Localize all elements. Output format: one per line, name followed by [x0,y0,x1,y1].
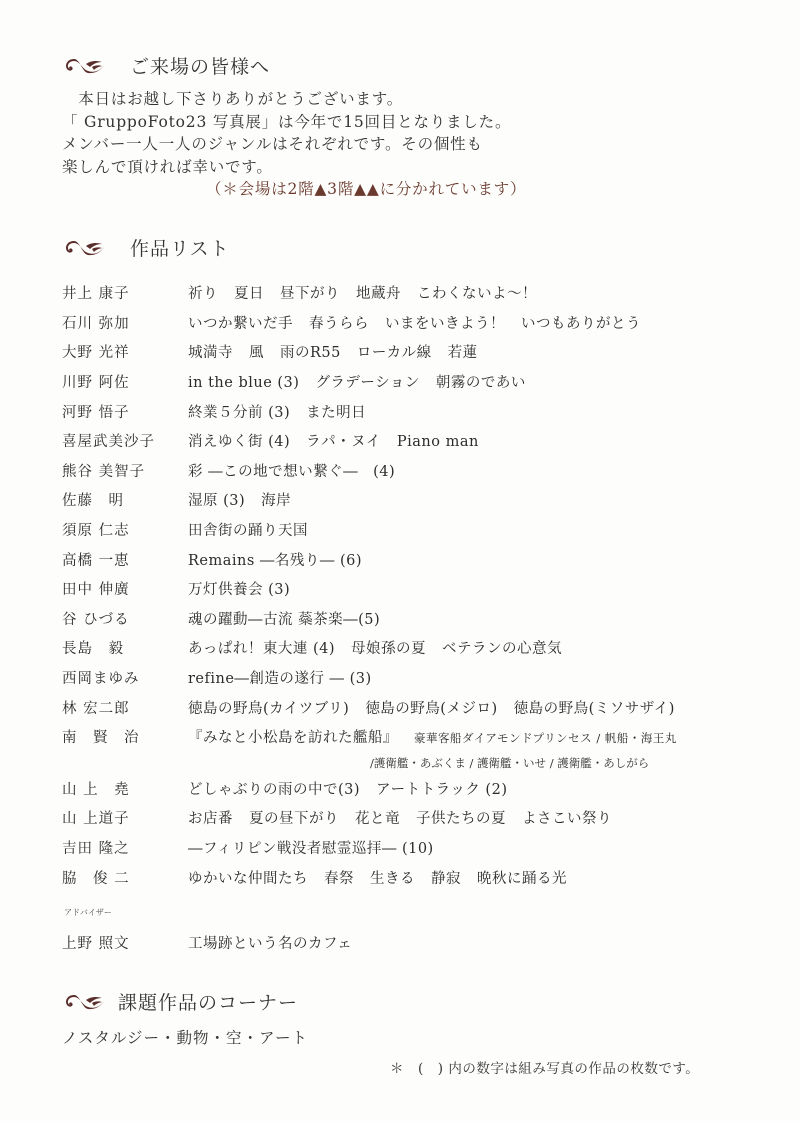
member-works-continuation: /護衛艦・あぶくま / 護衛艦・いせ / 護衛艦・あしがら [62,752,782,774]
member-name: 石川 弥加 [62,312,188,333]
member-works: 『みなと小松島を訪れた艦船』豪華客船ダイアモンドプリンセス / 帆船・海王丸 [188,726,693,747]
member-row: 長島 毅あっぱれ！東大連 (4)母娘孫の夏ベテランの心意気 [62,633,782,663]
work-title: よさこい祭り [522,811,612,827]
member-works: ゆかいな仲間たち春祭生きる静寂晩秋に踊る光 [188,867,583,888]
work-title: こわくないよ〜！ [417,286,537,302]
work-title: 徳島の野鳥(メジロ) [365,701,497,717]
member-row: 上野 照文 工場跡という名のカフェ [62,928,782,958]
theme-corner-title: 課題作品のコーナー [118,988,298,1015]
work-title: 海岸 [261,493,291,509]
member-works: 湿原 (3)海岸 [188,489,307,510]
work-title: 万灯供養会 (3) [188,582,290,598]
member-name: 林 宏二郎 [62,697,188,718]
work-title: グラデーション [315,375,419,391]
work-title: 朝霧のであい [436,375,526,391]
work-title: どしゃぶりの雨の中で(3) [188,782,360,798]
member-row: 谷 ひづる魂の躍動―古流 蘂茶楽―(5) [62,604,782,634]
work-title: 夏日 [234,286,264,302]
work-title: 『みなと小松島を訪れた艦船』 [188,730,398,746]
work-title: 母娘孫の夏 [351,641,426,657]
member-name: 佐藤 明 [62,489,188,510]
member-row: 喜屋武美沙子消えゆく街 (4)ラパ・ヌイPiano man [62,426,782,456]
member-works: 徳島の野鳥(カイツブリ)徳島の野鳥(メジロ)徳島の野鳥(ミソサザイ) [188,697,691,718]
member-works: いつか繋いだ手春うららいまをいきよう！いつもありがとう [188,312,657,333]
works-list-heading: 作品リスト [62,234,230,261]
work-title: アートトラック (2) [376,782,507,798]
work-title: いつか繋いだ手 [188,316,293,332]
member-row: 河野 悟子終業５分前 (3)また明日 [62,396,782,426]
work-title: ―フィリピン戦没者慰霊巡拝― (10) [188,841,434,857]
ornament-swirl-icon [62,237,106,259]
welcome-heading: ご来場の皆様へ [62,52,270,79]
member-row: 吉田 隆之―フィリピン戦没者慰霊巡拝― (10) [62,833,782,863]
theme-corner-heading: 課題作品のコーナー [62,988,298,1015]
member-works: 終業５分前 (3)また明日 [188,401,382,422]
member-name: 河野 悟子 [62,401,188,422]
work-title: 雨のR55 [280,345,341,361]
theme-list: ノスタルジー・動物・空・アート [62,1026,308,1048]
member-works: 魂の躍動―古流 蘂茶楽―(5) [188,608,396,629]
welcome-line: メンバー一人一人のジャンルはそれぞれです。その個性も [62,133,526,156]
work-title: 夏の昼下がり [249,811,339,827]
member-row: 石川 弥加いつか繋いだ手春うららいまをいきよう！いつもありがとう [62,308,782,338]
member-row: 脇 俊 二ゆかいな仲間たち春祭生きる静寂晩秋に踊る光 [62,862,782,892]
work-title: 花と竜 [355,811,400,827]
member-name: 谷 ひづる [62,608,188,629]
work-title: ゆかいな仲間たち [188,871,308,887]
member-works: 万灯供養会 (3) [188,578,306,599]
work-title: いまをいきよう！ [385,316,505,332]
advisor-label: アドバイザー [64,907,112,918]
member-row: 林 宏二郎徳島の野鳥(カイツブリ)徳島の野鳥(メジロ)徳島の野鳥(ミソサザイ) [62,692,782,722]
member-works: 消えゆく街 (4)ラパ・ヌイPiano man [188,430,495,451]
member-row: 西岡まゆみrefine―創造の遂行 ― (3) [62,663,782,693]
member-row: 山 上 堯どしゃぶりの雨の中で(3)アートトラック (2) [62,774,782,804]
work-title: 子供たちの夏 [416,811,506,827]
work-title: 春祭 [324,871,354,887]
footnote: ＊ ( ) 内の数字は組み写真の作品の枚数です。 [390,1057,699,1077]
member-works: 工場跡という名のカフェ [188,932,368,953]
member-row: 大野 光祥城満寺風雨のR55ローカル線若蓮 [62,337,782,367]
welcome-line: 「 GruppoFoto23 写真展」は今年で15回目となりました。 [62,111,526,134]
work-title: 消えゆく街 (4) [188,434,290,450]
member-works: refine―創造の遂行 ― (3) [188,667,388,688]
works-list-title: 作品リスト [130,234,230,261]
work-title: 静寂 [431,871,461,887]
member-row: 南 賢 治『みなと小松島を訪れた艦船』豪華客船ダイアモンドプリンセス / 帆船・… [62,722,782,752]
member-works: ―フィリピン戦没者慰霊巡拝― (10) [188,837,450,858]
work-title: 彩 ―この地で想い繋ぐ― (4) [188,464,395,480]
work-title: in the blue (3) [188,375,299,391]
member-name: 南 賢 治 [62,726,188,747]
member-name: 熊谷 美智子 [62,460,188,481]
work-title: 終業５分前 (3) [188,405,290,421]
work-title: あっぱれ！東大連 (4) [188,641,335,657]
member-works: Remains ―名残り― (6) [188,549,378,570]
ornament-swirl-icon [62,991,106,1013]
work-title: お店番 [188,811,233,827]
work-title: 徳島の野鳥(ミソサザイ) [514,701,675,717]
work-title: 昼下がり [280,286,340,302]
member-name: 山 上道子 [62,807,188,828]
work-title: 豪華客船ダイアモンドプリンセス / 帆船・海王丸 [414,731,677,745]
member-name: 吉田 隆之 [62,837,188,858]
member-row: 熊谷 美智子彩 ―この地で想い繋ぐ― (4) [62,456,782,486]
member-name: 長島 毅 [62,637,188,658]
member-works: 彩 ―この地で想い繋ぐ― (4) [188,460,411,481]
welcome-line: 本日はお越し下さりありがとうございます。 [62,88,526,111]
work-title: ベテランの心意気 [442,641,562,657]
work-title: 春うらら [309,316,369,332]
ornament-swirl-icon [62,55,106,77]
work-title: 田舎街の踊り天国 [188,523,308,539]
member-name: 川野 阿佐 [62,371,188,392]
work-title: Remains ―名残り― (6) [188,553,362,569]
work-title: 徳島の野鳥(カイツブリ) [188,701,349,717]
member-name: 上野 照文 [62,932,188,953]
work-title: 地蔵舟 [356,286,401,302]
member-works: in the blue (3)グラデーション朝霧のであい [188,371,542,392]
member-row: 田中 伸廣万灯供養会 (3) [62,574,782,604]
work-title: 若蓮 [448,345,478,361]
member-row: 山 上道子お店番夏の昼下がり花と竜子供たちの夏よさこい祭り [62,803,782,833]
member-name: 脇 俊 二 [62,867,188,888]
member-works: どしゃぶりの雨の中で(3)アートトラック (2) [188,778,523,799]
work-title: また明日 [306,405,366,421]
member-name: 大野 光祥 [62,341,188,362]
member-name: 田中 伸廣 [62,578,188,599]
member-name: 西岡まゆみ [62,667,188,688]
member-row: 井上 康子祈り夏日昼下がり地蔵舟こわくないよ〜！ [62,278,782,308]
work-title: refine―創造の遂行 ― (3) [188,671,372,687]
member-name: 高橋 一恵 [62,549,188,570]
work-title: 魂の躍動―古流 蘂茶楽―(5) [188,612,380,628]
work-title: ローカル線 [357,345,432,361]
work-title: Piano man [397,434,479,450]
member-name: 喜屋武美沙子 [62,430,188,451]
advisor-row: 上野 照文 工場跡という名のカフェ [62,928,782,958]
member-row: 川野 阿佐in the blue (3)グラデーション朝霧のであい [62,367,782,397]
welcome-message: 本日はお越し下さりありがとうございます。 「 GruppoFoto23 写真展」… [62,88,526,201]
work-title: いつもありがとう [521,316,641,332]
welcome-line: 楽しんで頂ければ幸いです。 [62,156,526,179]
work-title: ラパ・ヌイ [306,434,381,450]
member-row: 須原 仁志田舎街の踊り天国 [62,515,782,545]
work-title: 生きる [370,871,415,887]
welcome-title: ご来場の皆様へ [130,52,270,79]
member-works: 城満寺風雨のR55ローカル線若蓮 [188,341,494,362]
member-name: 井上 康子 [62,282,188,303]
work-title: 風 [249,345,264,361]
member-row: 高橋 一恵Remains ―名残り― (6) [62,544,782,574]
member-name: 須原 仁志 [62,519,188,540]
work-title: 湿原 (3) [188,493,245,509]
work-title: 祈り [188,286,218,302]
works-list: 井上 康子祈り夏日昼下がり地蔵舟こわくないよ〜！石川 弥加いつか繋いだ手春うらら… [62,278,782,892]
venue-note: （＊会場は2階▲3階▲▲に分かれています） [62,178,526,201]
member-works: 祈り夏日昼下がり地蔵舟こわくないよ〜！ [188,282,553,303]
work-title: 工場跡という名のカフェ [188,936,352,952]
member-name: 山 上 堯 [62,778,188,799]
member-works: 田舎街の踊り天国 [188,519,324,540]
work-title: 城満寺 [188,345,233,361]
work-title: 晩秋に踊る光 [477,871,567,887]
member-works: お店番夏の昼下がり花と竜子供たちの夏よさこい祭り [188,807,628,828]
member-row: 佐藤 明湿原 (3)海岸 [62,485,782,515]
member-works: あっぱれ！東大連 (4)母娘孫の夏ベテランの心意気 [188,637,578,658]
